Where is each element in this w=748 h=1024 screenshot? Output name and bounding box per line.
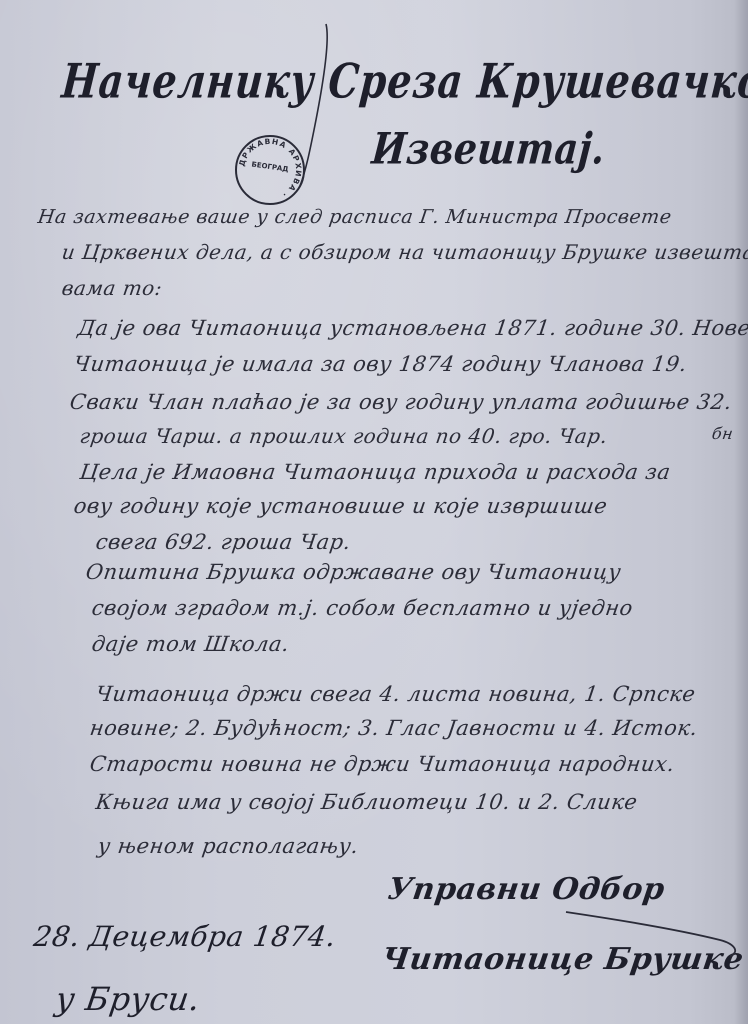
- closing-date: 28. Децембра 1874.: [32, 920, 338, 953]
- signature-line-1: Управни Одбор: [386, 872, 667, 907]
- body-line-5: Читаоница је имала за ову 1874 годину Чл…: [72, 352, 688, 376]
- margin-note: бн: [711, 424, 735, 443]
- body-line-4: Да је ова Читаоница установљена 1871. го…: [76, 316, 748, 340]
- body-line-16: Старости новина не држи Читаоница народн…: [88, 752, 676, 776]
- body-line-18: у њеном располагању.: [96, 834, 360, 858]
- body-line-14: Читаоница држи свега 4. листа новина, 1.…: [94, 682, 697, 706]
- body-line-11: Општина Брушка одржаване ову Читаоницу: [84, 560, 622, 584]
- closing-place: у Бруси.: [53, 980, 202, 1018]
- body-line-9: ову годину које установише и које изврши…: [72, 494, 609, 518]
- addressee-heading: Начелнику Среза Крушевачког:: [60, 52, 748, 108]
- document-title: Извештај.: [370, 124, 608, 174]
- body-line-8: Цела је Имаовна Читаоница прихода и расх…: [78, 460, 672, 484]
- archive-stamp: ДРЖАВНА АРХИВА · БЕОГРАД: [235, 135, 305, 205]
- body-line-2: и Црквених дела, а с обзиром на читаониц…: [60, 240, 748, 264]
- body-line-15: новине; 2. Будућност; 3. Глас Јавности и…: [88, 716, 699, 740]
- body-line-6: Сваки Члан плаћао је за ову годину уплат…: [68, 390, 733, 414]
- body-line-7: гроша Чарш. а прошлих година по 40. гро.…: [78, 424, 609, 448]
- signature-line-2: Читаонице Брушке: [380, 942, 746, 977]
- body-line-3: вама то:: [60, 276, 164, 300]
- body-line-10: свега 692. гроша Чар.: [94, 530, 352, 554]
- body-line-17: Књига има у својој Библиотеци 10. и 2. С…: [94, 790, 639, 814]
- body-line-1: На захтевање ваше у след расписа Г. Мини…: [36, 206, 673, 228]
- body-line-13: даје том Школа.: [90, 632, 291, 656]
- body-line-12: својом зградом т.ј. собом бесплатно и уј…: [90, 596, 634, 620]
